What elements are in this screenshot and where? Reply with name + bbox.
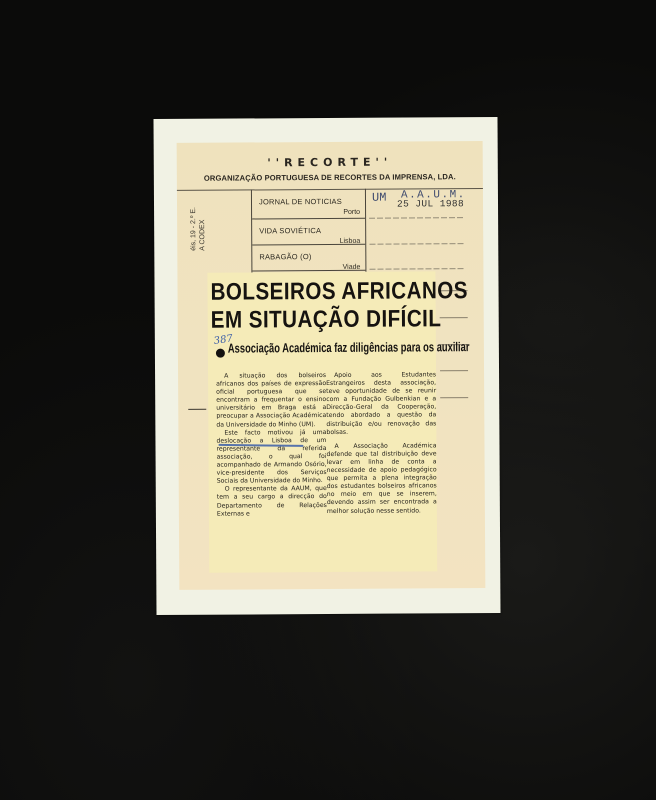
paragraph: O representante da AAUM, que tem a seu c… [217, 485, 327, 518]
stamp-date: 25 JUL 1988 [397, 198, 464, 209]
entry-line [369, 268, 464, 270]
journal-name: VIDA SOVIÉTICA [259, 226, 321, 235]
clipping-sheet: ''RECORTE'' ORGANIZAÇÃO PORTUGUESA DE RE… [177, 141, 486, 590]
entry-line [440, 370, 468, 371]
journal-entry: RABAGÃO (O) Viade [259, 245, 364, 273]
margin-mark [188, 409, 206, 410]
bullet-icon [216, 349, 225, 358]
paragraph: A situação dos bolseiros africanos dos p… [216, 372, 326, 429]
headline-line-2: EM SITUAÇÃO DIFÍCIL [211, 306, 405, 335]
vertical-address: éis, 19 - 2.º E. A CODEX [189, 207, 207, 251]
entry-line [369, 243, 464, 245]
paragraph: Este facto motivou já uma deslocação a L… [216, 429, 326, 486]
paragraph: A Associação Académica defende que tal d… [326, 442, 436, 516]
entry-line [440, 397, 468, 398]
article-column-right: Apoio aos Estudantes Estrangeiros desta … [326, 371, 437, 515]
agency-subtitle: ORGANIZAÇÃO PORTUGUESA DE RECORTES DA IM… [177, 172, 483, 183]
article-subheadline: Associação Académica faz diligências par… [228, 340, 408, 356]
paragraph: Apoio aos Estudantes Estrangeiros desta … [326, 371, 436, 436]
address-line-1: éis, 19 - 2.º E. [189, 207, 198, 251]
journal-name: JORNAL DE NOTICIAS [259, 197, 342, 207]
newspaper-clipping: BOLSEIROS AFRICANOS EM SITUAÇÃO DIFÍCIL … [207, 271, 437, 572]
mounting-paper: ''RECORTE'' ORGANIZAÇÃO PORTUGUESA DE RE… [153, 117, 500, 615]
headline-line-1: BOLSEIROS AFRICANOS [210, 278, 404, 307]
entry-line [369, 217, 464, 219]
agency-title: ''RECORTE'' [177, 155, 483, 170]
article-headline: BOLSEIROS AFRICANOS EM SITUAÇÃO DIFÍCIL [210, 278, 404, 335]
stamp-institution: UM [372, 191, 386, 205]
journal-name: RABAGÃO (O) [259, 252, 311, 261]
journal-entry: JORNAL DE NOTICIAS Porto [259, 190, 364, 218]
address-line-2: A CODEX [198, 207, 207, 251]
entry-line [440, 317, 468, 318]
journal-city: Porto [343, 209, 360, 216]
journal-entry: VIDA SOVIÉTICA Lisboa [259, 219, 364, 247]
